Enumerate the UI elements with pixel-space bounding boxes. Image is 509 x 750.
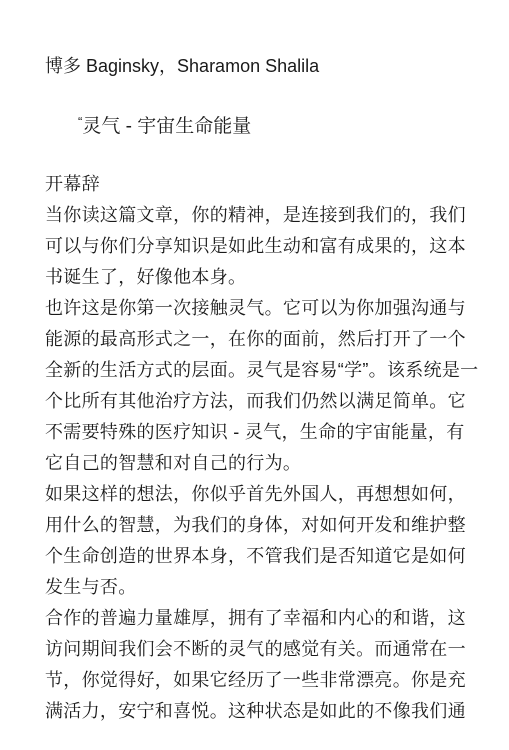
body-line: 也许这是你第一次接触灵气。它可以为你加强沟通与 bbox=[45, 293, 469, 324]
body-line: 不需要特殊的医疗知识 - 灵气，生命的宇宙能量，有 bbox=[45, 417, 469, 448]
body-line: 个比所有其他治疗方法，而我们仍然以满足简单。它 bbox=[45, 386, 469, 417]
body-text: 开幕辞 当你读这篇文章，你的精神，是连接到我们的，我们 可以与你们分享知识是如此… bbox=[45, 169, 469, 727]
document-page: 博多 Baginsky，Sharamon Shalila “灵气 - 宇宙生命能… bbox=[0, 0, 509, 750]
body-line: 用什么的智慧，为我们的身体，对如何开发和维护整 bbox=[45, 510, 469, 541]
body-line: 满活力，安宁和喜悦。这种状态是如此的不像我们通 bbox=[45, 696, 469, 727]
body-line: 全新的生活方式的层面。灵气是容易“学”。该系统是一 bbox=[45, 355, 469, 386]
author-line: 博多 Baginsky，Sharamon Shalila bbox=[45, 51, 319, 82]
body-line: 书诞生了，好像他本身。 bbox=[45, 262, 469, 293]
body-line: 它自己的智慧和对自己的行为。 bbox=[45, 448, 469, 479]
body-line: 访问期间我们会不断的灵气的感觉有关。而通常在一 bbox=[45, 634, 469, 665]
body-line: 节，你觉得好，如果它经历了一些非常漂亮。你是充 bbox=[45, 665, 469, 696]
book-title-text: 灵气 - 宇宙生命能量 bbox=[82, 116, 251, 137]
book-title: “灵气 - 宇宙生命能量 bbox=[78, 106, 251, 142]
body-line: 如果这样的想法，你似乎首先外国人，再想想如何， bbox=[45, 479, 469, 510]
body-line: 可以与你们分享知识是如此生动和富有成果的，这本 bbox=[45, 231, 469, 262]
section-heading: 开幕辞 bbox=[45, 169, 469, 200]
body-line: 个生命创造的世界本身，不管我们是否知道它是如何 bbox=[45, 541, 469, 572]
body-line: 合作的普遍力量雄厚，拥有了幸福和内心的和谐，这 bbox=[45, 603, 469, 634]
body-line: 发生与否。 bbox=[45, 572, 469, 603]
body-line: 能源的最高形式之一，在你的面前，然后打开了一个 bbox=[45, 324, 469, 355]
body-line: 当你读这篇文章，你的精神，是连接到我们的，我们 bbox=[45, 200, 469, 231]
